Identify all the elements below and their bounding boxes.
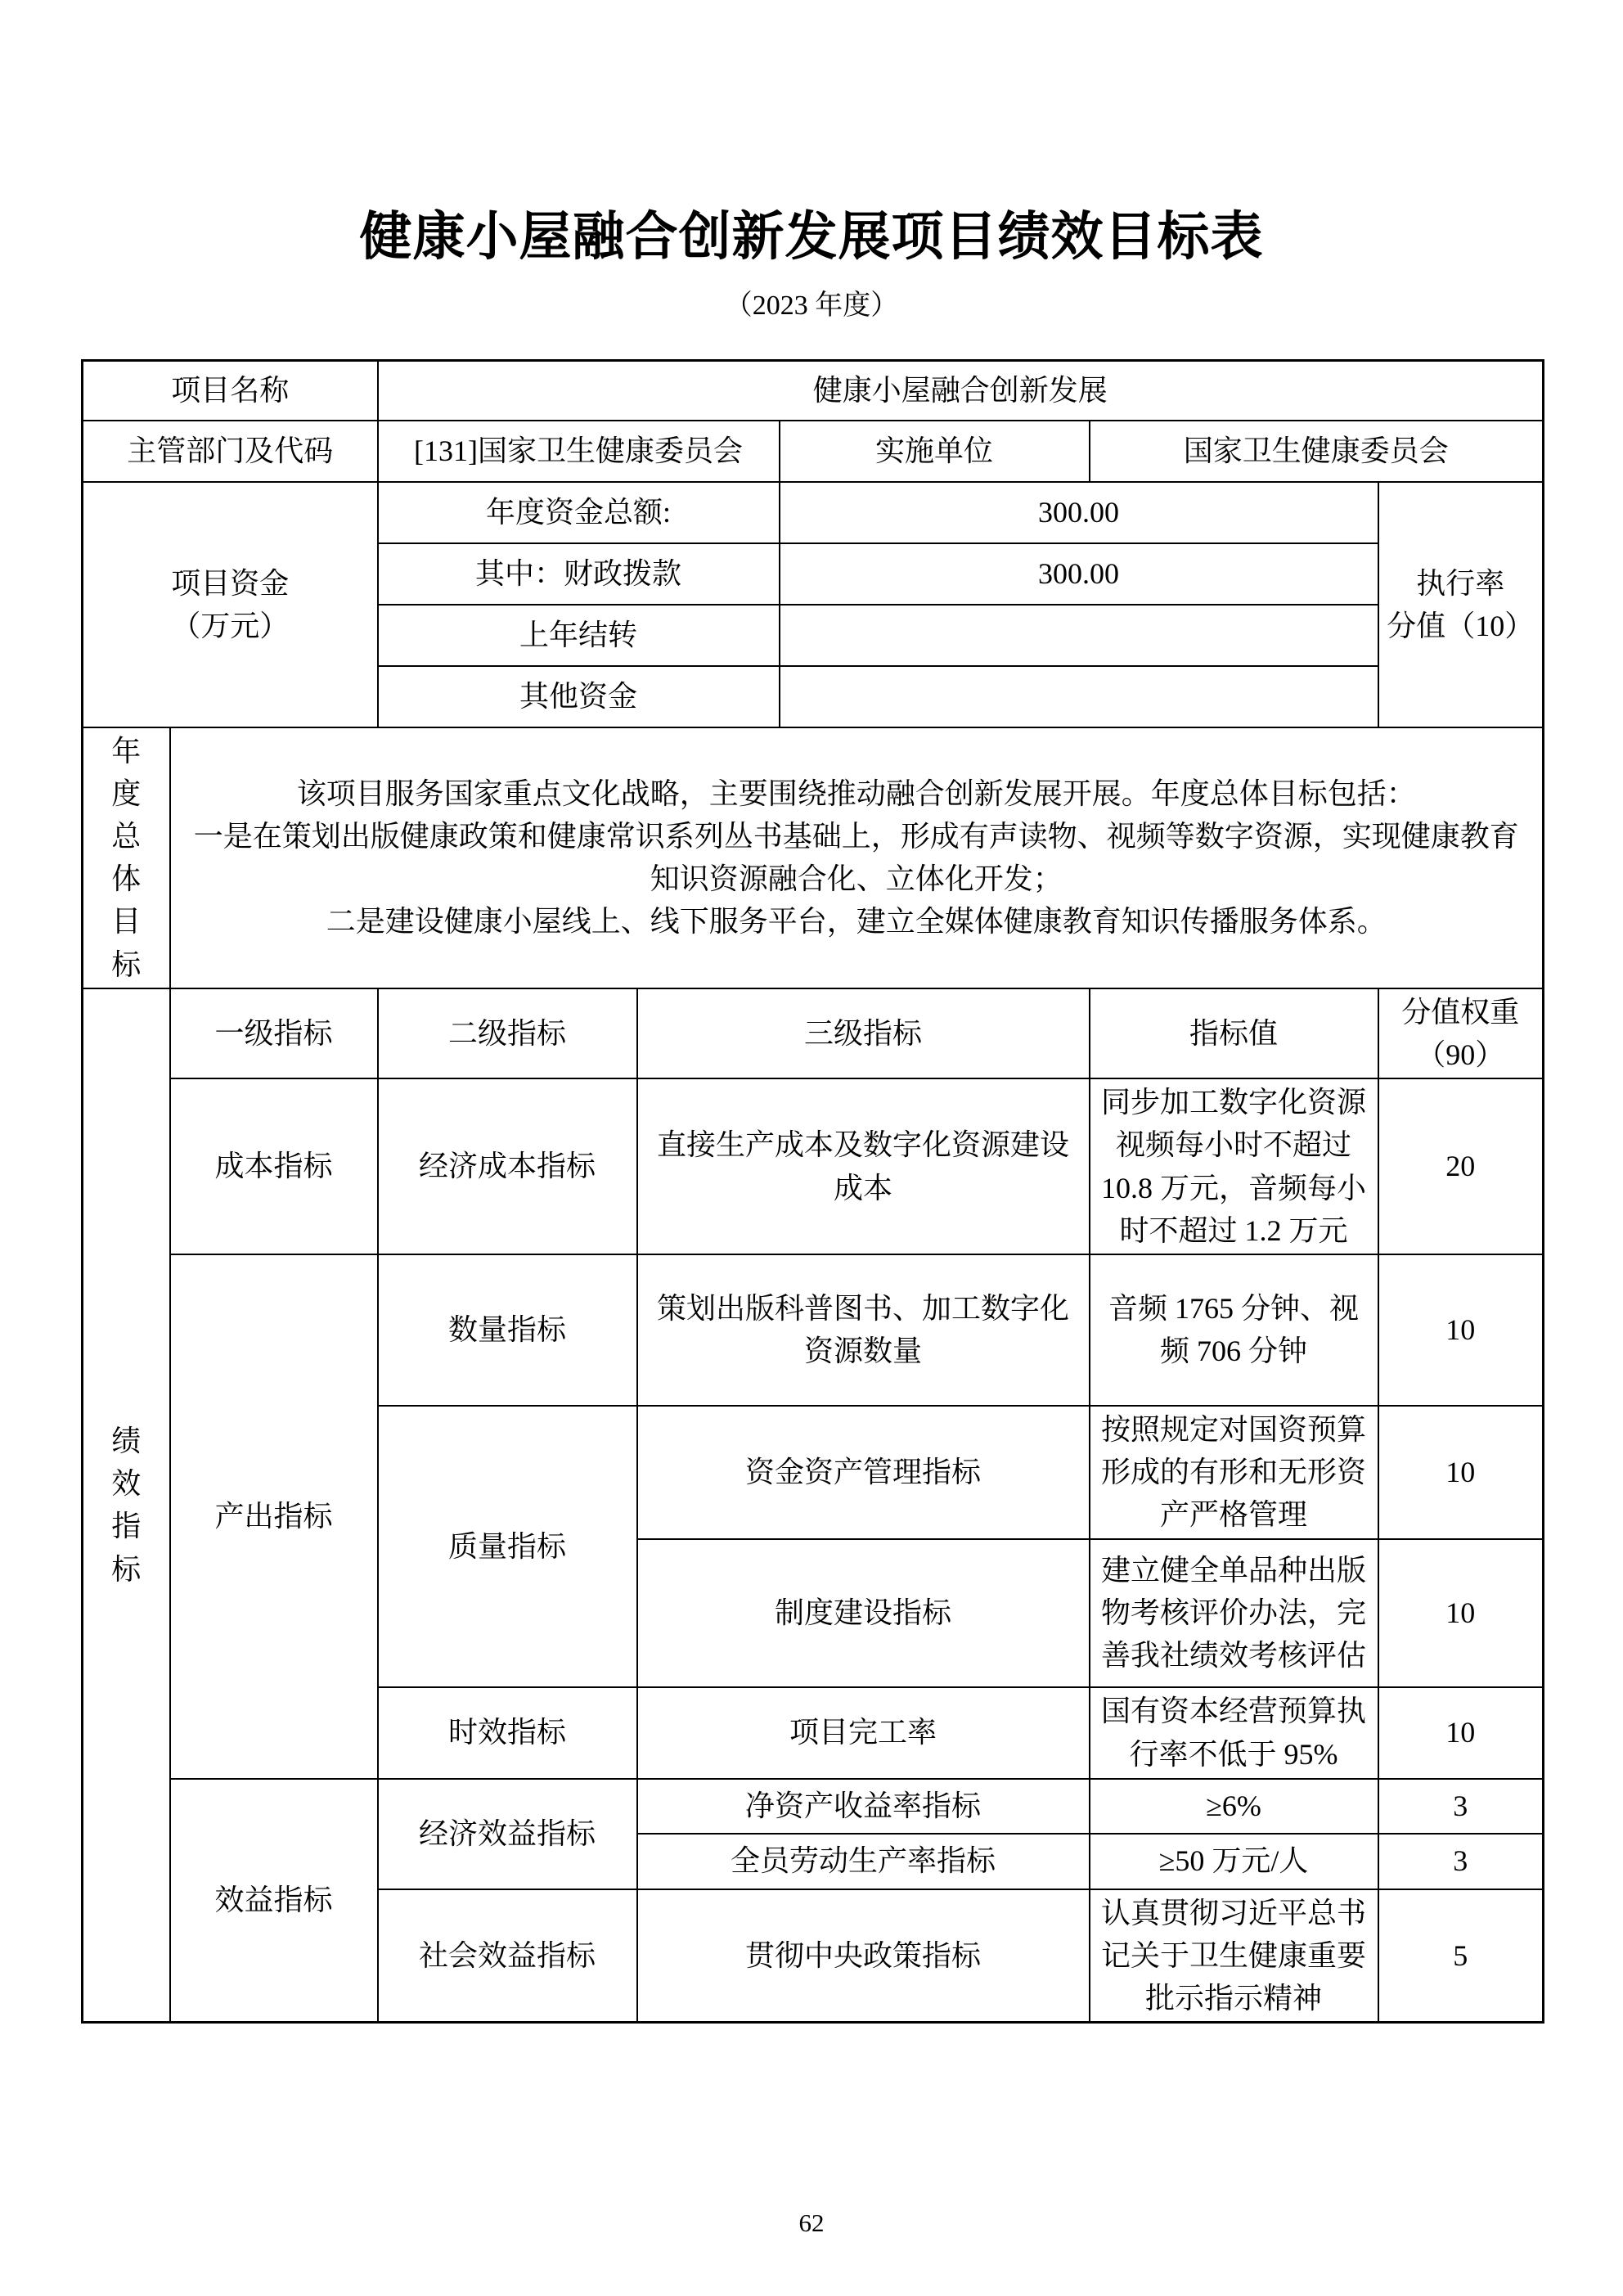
- funding-label: 项目资金 （万元）: [83, 482, 378, 727]
- indicator-header-row: 绩 效 指 标 一级指标 二级指标 三级指标 指标值 分值权重 （90）: [83, 988, 1544, 1078]
- l3-direct-cost-indicator: 直接生产成本及数字化资源建设成本: [637, 1078, 1090, 1254]
- funding-total-value: 300.00: [780, 482, 1378, 543]
- annual-target-row: 年 度 总 体 目 标 该项目服务国家重点文化战略，主要围绕推动融合创新发展开展…: [83, 727, 1544, 988]
- weight-roe: 3: [1378, 1779, 1544, 1834]
- header-level2-indicator: 二级指标: [378, 988, 637, 1078]
- l3-completion-rate-indicator: 项目完工率: [637, 1687, 1090, 1779]
- weight-quantity: 10: [1378, 1254, 1544, 1406]
- weight-direct-cost: 20: [1378, 1078, 1544, 1254]
- value-central-policy: 认真贯彻习近平总书记关于卫生健康重要批示指示精神: [1090, 1889, 1378, 2023]
- l3-productivity-indicator: 全员劳动生产率指标: [637, 1834, 1090, 1889]
- value-productivity: ≥50 万元/人: [1090, 1834, 1378, 1889]
- performance-target-table: 项目名称 健康小屋融合创新发展 主管部门及代码 [131]国家卫生健康委员会 实…: [81, 359, 1544, 2024]
- implementing-unit-label: 实施单位: [780, 421, 1090, 482]
- page-number: 62: [0, 2210, 1623, 2235]
- project-name-row: 项目名称 健康小屋融合创新发展: [83, 361, 1544, 421]
- value-direct-cost: 同步加工数字化资源视频每小时不超过 10.8 万元，音频每小时不超过 1.2 万…: [1090, 1078, 1378, 1254]
- cost-indicator-row: 成本指标 经济成本指标 直接生产成本及数字化资源建设成本 同步加工数字化资源视频…: [83, 1078, 1544, 1254]
- weight-productivity: 3: [1378, 1834, 1544, 1889]
- funding-other-value: [780, 666, 1378, 727]
- l2-economic-cost-indicator: 经济成本指标: [378, 1078, 637, 1254]
- roe-indicator-row: 效益指标 经济效益指标 净资产收益率指标 ≥6% 3: [83, 1779, 1544, 1834]
- value-asset-management: 按照规定对国资预算形成的有形和无形资产严格管理: [1090, 1406, 1378, 1539]
- execution-rate-label: 执行率 分值（10）: [1378, 482, 1544, 727]
- l2-quantity-indicator: 数量指标: [378, 1254, 637, 1406]
- funding-row-total: 项目资金 （万元） 年度资金总额: 300.00 执行率 分值（10）: [83, 482, 1544, 543]
- l2-timeliness-indicator: 时效指标: [378, 1687, 637, 1779]
- department-label: 主管部门及代码: [83, 421, 378, 482]
- header-weight: 分值权重 （90）: [1378, 988, 1544, 1078]
- l1-benefit-indicator: 效益指标: [170, 1779, 378, 2023]
- l2-quality-indicator: 质量指标: [378, 1406, 637, 1687]
- performance-indicator-label: 绩 效 指 标: [83, 988, 170, 2023]
- implementing-unit-value: 国家卫生健康委员会: [1090, 421, 1544, 482]
- l3-central-policy-indicator: 贯彻中央政策指标: [637, 1889, 1090, 2023]
- weight-system-building: 10: [1378, 1539, 1544, 1687]
- funding-carryover-value: [780, 605, 1378, 666]
- header-level1-indicator: 一级指标: [170, 988, 378, 1078]
- funding-carryover-label: 上年结转: [378, 605, 780, 666]
- annual-target-text: 该项目服务国家重点文化战略，主要围绕推动融合创新发展开展。年度总体目标包括： 一…: [170, 727, 1544, 988]
- weight-asset-management: 10: [1378, 1406, 1544, 1539]
- document-subtitle: （2023 年度）: [0, 292, 1623, 320]
- funding-other-label: 其他资金: [378, 666, 780, 727]
- value-system-building: 建立健全单品种出版物考核评价办法，完善我社绩效考核评估: [1090, 1539, 1378, 1687]
- l3-asset-management-indicator: 资金资产管理指标: [637, 1406, 1090, 1539]
- document-page: 健康小屋融合创新发展项目绩效目标表 （2023 年度） 项目名称 健康小屋融合创…: [0, 0, 1623, 2235]
- l3-roe-indicator: 净资产收益率指标: [637, 1779, 1090, 1834]
- l3-quantity-indicator: 策划出版科普图书、加工数字化资源数量: [637, 1254, 1090, 1406]
- value-roe: ≥6%: [1090, 1779, 1378, 1834]
- weight-completion-rate: 10: [1378, 1687, 1544, 1779]
- funding-total-label: 年度资金总额:: [378, 482, 780, 543]
- l1-output-indicator: 产出指标: [170, 1254, 378, 1779]
- project-name-label: 项目名称: [83, 361, 378, 421]
- funding-fiscal-label: 其中：财政拨款: [378, 543, 780, 605]
- l2-economic-benefit-indicator: 经济效益指标: [378, 1779, 637, 1889]
- value-completion-rate: 国有资本经营预算执行率不低于 95%: [1090, 1687, 1378, 1779]
- department-row: 主管部门及代码 [131]国家卫生健康委员会 实施单位 国家卫生健康委员会: [83, 421, 1544, 482]
- annual-target-label: 年 度 总 体 目 标: [83, 727, 170, 988]
- header-level3-indicator: 三级指标: [637, 988, 1090, 1078]
- project-name-value: 健康小屋融合创新发展: [378, 361, 1544, 421]
- header-indicator-value: 指标值: [1090, 988, 1378, 1078]
- l2-social-benefit-indicator: 社会效益指标: [378, 1889, 637, 2023]
- document-title: 健康小屋融合创新发展项目绩效目标表: [0, 0, 1623, 264]
- l3-system-building-indicator: 制度建设指标: [637, 1539, 1090, 1687]
- department-value: [131]国家卫生健康委员会: [378, 421, 780, 482]
- value-quantity: 音频 1765 分钟、视频 706 分钟: [1090, 1254, 1378, 1406]
- weight-central-policy: 5: [1378, 1889, 1544, 2023]
- quantity-indicator-row: 产出指标 数量指标 策划出版科普图书、加工数字化资源数量 音频 1765 分钟、…: [83, 1254, 1544, 1406]
- l1-cost-indicator: 成本指标: [170, 1078, 378, 1254]
- funding-fiscal-value: 300.00: [780, 543, 1378, 605]
